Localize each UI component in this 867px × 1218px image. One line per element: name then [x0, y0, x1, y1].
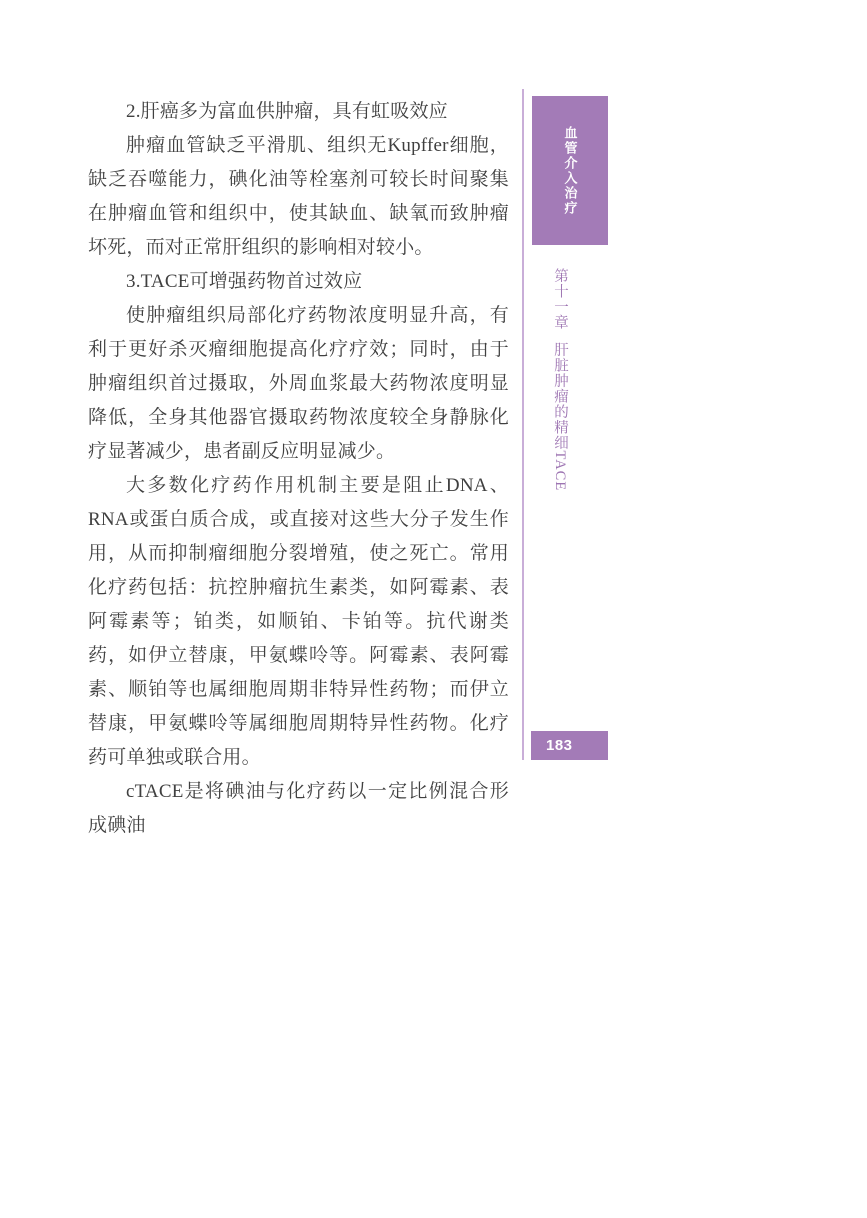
chapter-header: 第十一章肝脏肿瘤的精细TACE	[545, 268, 575, 508]
chapter-number: 第十一章	[552, 268, 568, 330]
main-text-column: 2.肝癌多为富血供肿瘤，具有虹吸效应 肿瘤血管缺乏平滑肌、组织无Kupffer细…	[88, 95, 509, 843]
section-tab: 血管介入治疗	[532, 96, 608, 245]
chapter-title: 肝脏肿瘤的精细TACE	[552, 342, 568, 491]
sidebar-divider-line	[522, 89, 524, 760]
body-paragraph: 大多数化疗药作用机制主要是阻止DNA、RNA或蛋白质合成，或直接对这些大分子发生…	[88, 469, 509, 775]
section-tab-label: 血管介入治疗	[564, 126, 577, 216]
body-paragraph: cTACE是将碘油与化疗药以一定比例混合形成碘油	[88, 775, 509, 843]
section-heading: 3.TACE可增强药物首过效应	[88, 265, 509, 299]
page-number-badge: 183	[531, 731, 608, 760]
section-heading: 2.肝癌多为富血供肿瘤，具有虹吸效应	[88, 95, 509, 129]
body-paragraph: 使肿瘤组织局部化疗药物浓度明显升高，有利于更好杀灭瘤细胞提高化疗疗效；同时，由于…	[88, 299, 509, 469]
body-paragraph: 肿瘤血管缺乏平滑肌、组织无Kupffer细胞，缺乏吞噬能力，碘化油等栓塞剂可较长…	[88, 129, 509, 265]
book-page: 2.肝癌多为富血供肿瘤，具有虹吸效应 肿瘤血管缺乏平滑肌、组织无Kupffer细…	[0, 0, 867, 1218]
